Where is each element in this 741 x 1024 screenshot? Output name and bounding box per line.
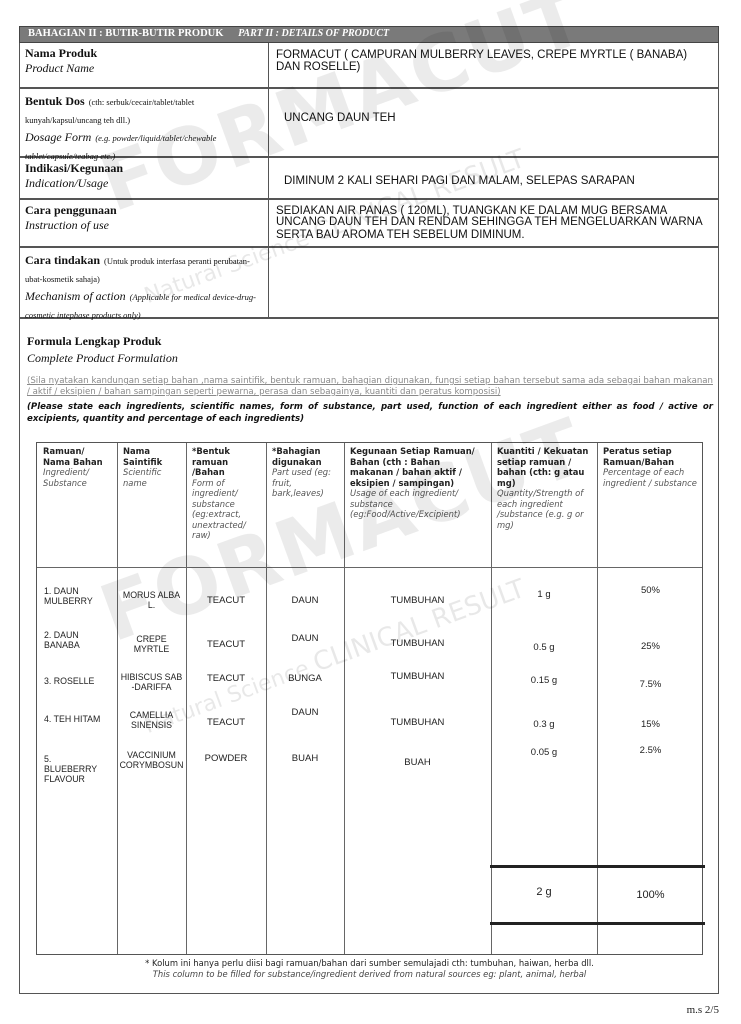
column-header-en: Quantity/Strength of each ingredient /su… bbox=[497, 488, 591, 530]
formulation-title-my: Formula Lengkap Produk bbox=[27, 334, 178, 349]
column-header: Peratus setiap Ramuan/BahanPercentage of… bbox=[603, 446, 698, 488]
footnote-en: This column to be filled for substance/i… bbox=[36, 969, 703, 980]
instruction-value: SEDIAKAN AIR PANAS ( 120ML), TUANGKAN KE… bbox=[270, 200, 719, 246]
instruction-label: Cara penggunaan Instruction of use bbox=[19, 200, 269, 246]
column-divider bbox=[186, 443, 187, 954]
cell-percent: 7.5% bbox=[599, 680, 702, 690]
cell-percent: 50% bbox=[599, 586, 702, 596]
value-line: DIMINUM 2 KALI SEHARI PAGI DAN MALAM, SE… bbox=[284, 175, 713, 187]
formulation-table: Ramuan/ Nama BahanIngredient/ SubstanceN… bbox=[36, 442, 703, 955]
column-header: Kuantiti / Kekuatan setiap ramuan / baha… bbox=[497, 446, 591, 530]
label-my: Cara tindakan bbox=[25, 253, 100, 267]
cell-quantity: 1 g bbox=[493, 590, 595, 600]
header-divider bbox=[37, 567, 702, 568]
column-header-en: Form of ingredient/ substance (eg:extrac… bbox=[192, 478, 260, 541]
cell-part: BUNGA bbox=[268, 674, 342, 684]
label-my: Nama Produk bbox=[25, 46, 262, 61]
column-header-my: Ramuan/ Nama Bahan bbox=[43, 446, 111, 467]
cell-usage: TUMBUHAN bbox=[346, 639, 489, 649]
cell-quantity: 0.05 g bbox=[493, 748, 595, 758]
cell-quantity: 0.5 g bbox=[493, 643, 595, 653]
value-line: UNCANG DAUN TEH DAN RENDAM SEHINGGA TEH … bbox=[276, 217, 713, 228]
column-divider bbox=[266, 443, 267, 954]
cell-form: TEACUT bbox=[188, 596, 264, 606]
mechanism-value bbox=[270, 248, 719, 317]
section-title-my: BAHAGIAN II : BUTIR-BUTIR PRODUK bbox=[28, 28, 223, 39]
column-divider bbox=[491, 443, 492, 954]
column-header-my: Peratus setiap Ramuan/Bahan bbox=[603, 446, 698, 467]
column-divider bbox=[597, 443, 598, 954]
total-quantity: 2 g bbox=[491, 886, 597, 898]
column-divider bbox=[344, 443, 345, 954]
formulation-instruction-my: (Sila nyatakan kandungan setiap bahan ,n… bbox=[27, 376, 713, 398]
cell-ingredient: 4. TEH HITAM bbox=[44, 714, 104, 724]
cell-form: POWDER bbox=[188, 754, 264, 764]
product-name-value: FORMACUT ( CAMPURAN MULBERRY LEAVES, CRE… bbox=[270, 43, 719, 87]
column-header-my: Nama Saintifik bbox=[123, 446, 180, 467]
cell-scientific: VACCINIUM CORYMBOSUN bbox=[119, 750, 184, 770]
page-number: m.s 2/5 bbox=[687, 1004, 719, 1016]
mechanism-label: Cara tindakan (Untuk produk interfasa pe… bbox=[19, 248, 269, 317]
cell-form: TEACUT bbox=[188, 640, 264, 650]
footnote-my: * Kolum ini hanya perlu diisi bagi ramua… bbox=[36, 958, 703, 969]
column-header-en: Scientific name bbox=[123, 467, 180, 488]
column-header-en: Percentage of each ingredient / substanc… bbox=[603, 467, 698, 488]
footnote: * Kolum ini hanya perlu diisi bagi ramua… bbox=[36, 958, 703, 980]
column-header-en: Usage of each ingredient/ substance (eg:… bbox=[350, 488, 485, 520]
column-header-en: Ingredient/ Substance bbox=[43, 467, 111, 488]
label-my: Indikasi/Kegunaan bbox=[25, 161, 262, 176]
cell-scientific: HIBISCUS SAB -DARIFFA bbox=[119, 672, 184, 692]
row-product-name: Nama Produk Product Name FORMACUT ( CAMP… bbox=[19, 43, 719, 89]
value-line: DAN ROSELLE) bbox=[276, 61, 713, 73]
cell-form: TEACUT bbox=[188, 718, 264, 728]
total-percent: 100% bbox=[597, 889, 704, 901]
cell-ingredient: 2. DAUN BANABA bbox=[44, 630, 104, 650]
label-my: Bentuk Dos bbox=[25, 94, 85, 108]
label-en: Indication/Usage bbox=[25, 176, 262, 191]
formulation-title-en: Complete Product Formulation bbox=[27, 351, 178, 366]
value-line: UNCANG DAUN TEH bbox=[284, 112, 713, 124]
cell-quantity: 0.15 g bbox=[493, 676, 595, 686]
cell-usage: TUMBUHAN bbox=[346, 596, 489, 606]
cell-scientific: MORUS ALBA L. bbox=[119, 590, 184, 610]
indication-value: DIMINUM 2 KALI SEHARI PAGI DAN MALAM, SE… bbox=[270, 158, 719, 198]
cell-scientific: CREPE MYRTLE bbox=[119, 634, 184, 654]
cell-part: DAUN bbox=[268, 634, 342, 644]
cell-quantity: 0.3 g bbox=[493, 720, 595, 730]
label-en: Product Name bbox=[25, 61, 262, 76]
row-mechanism: Cara tindakan (Untuk produk interfasa pe… bbox=[19, 248, 719, 319]
total-divider bbox=[490, 865, 705, 868]
cell-percent: 2.5% bbox=[599, 746, 702, 756]
row-indication: Indikasi/Kegunaan Indication/Usage DIMIN… bbox=[19, 158, 719, 200]
label-my: Cara penggunaan bbox=[25, 203, 262, 218]
cell-part: BUAH bbox=[268, 754, 342, 764]
column-header: Kegunaan Setiap Ramuan/ Bahan (cth : Bah… bbox=[350, 446, 485, 520]
cell-usage: TUMBUHAN bbox=[346, 718, 489, 728]
dosage-form-label: Bentuk Dos (cth: serbuk/cecair/tablet/ta… bbox=[19, 89, 269, 156]
column-header: Ramuan/ Nama BahanIngredient/ Substance bbox=[43, 446, 111, 488]
label-en: Instruction of use bbox=[25, 218, 262, 233]
label-en: Dosage Form bbox=[25, 130, 91, 144]
total-divider bbox=[490, 922, 705, 925]
value-line: SERTA BAU AROMA TEH SEBELUM DIMINUM. bbox=[276, 230, 713, 241]
row-dosage-form: Bentuk Dos (cth: serbuk/cecair/tablet/ta… bbox=[19, 89, 719, 158]
column-header-en: Part used (eg: fruit, bark,leaves) bbox=[272, 467, 338, 499]
cell-usage: TUMBUHAN bbox=[346, 672, 489, 682]
label-en: Mechanism of action bbox=[25, 289, 126, 303]
cell-percent: 25% bbox=[599, 642, 702, 652]
cell-usage: BUAH bbox=[346, 758, 489, 768]
formulation-title: Formula Lengkap Produk Complete Product … bbox=[27, 334, 178, 366]
column-header-my: Kuantiti / Kekuatan setiap ramuan / baha… bbox=[497, 446, 591, 488]
value-line: FORMACUT ( CAMPURAN MULBERRY LEAVES, CRE… bbox=[276, 49, 713, 61]
section-header: BAHAGIAN II : BUTIR-BUTIR PRODUK PART II… bbox=[19, 26, 719, 43]
formulation-instruction-en: (Please state each ingredients, scientif… bbox=[27, 401, 713, 425]
dosage-form-value: UNCANG DAUN TEH bbox=[270, 89, 719, 156]
column-header: *Bahagian digunakanPart used (eg: fruit,… bbox=[272, 446, 338, 499]
column-header-my: *Bahagian digunakan bbox=[272, 446, 338, 467]
row-instruction: Cara penggunaan Instruction of use SEDIA… bbox=[19, 200, 719, 248]
cell-scientific: CAMELLIA SINENSIS bbox=[119, 710, 184, 730]
column-header: Nama SaintifikScientific name bbox=[123, 446, 180, 488]
cell-part: DAUN bbox=[268, 708, 342, 718]
cell-form: TEACUT bbox=[188, 674, 264, 684]
cell-ingredient: 5. BLUEBERRY FLAVOUR bbox=[44, 754, 104, 784]
column-header: *Bentuk ramuan /BahanForm of ingredient/… bbox=[192, 446, 260, 541]
cell-ingredient: 3. ROSELLE bbox=[44, 676, 104, 686]
indication-label: Indikasi/Kegunaan Indication/Usage bbox=[19, 158, 269, 198]
section-title-en: PART II : DETAILS OF PRODUCT bbox=[238, 28, 389, 39]
product-name-label: Nama Produk Product Name bbox=[19, 43, 269, 87]
column-divider bbox=[117, 443, 118, 954]
column-header-my: Kegunaan Setiap Ramuan/ Bahan (cth : Bah… bbox=[350, 446, 485, 488]
cell-percent: 15% bbox=[599, 720, 702, 730]
column-header-my: *Bentuk ramuan /Bahan bbox=[192, 446, 260, 478]
cell-part: DAUN bbox=[268, 596, 342, 606]
cell-ingredient: 1. DAUN MULBERRY bbox=[44, 586, 104, 606]
